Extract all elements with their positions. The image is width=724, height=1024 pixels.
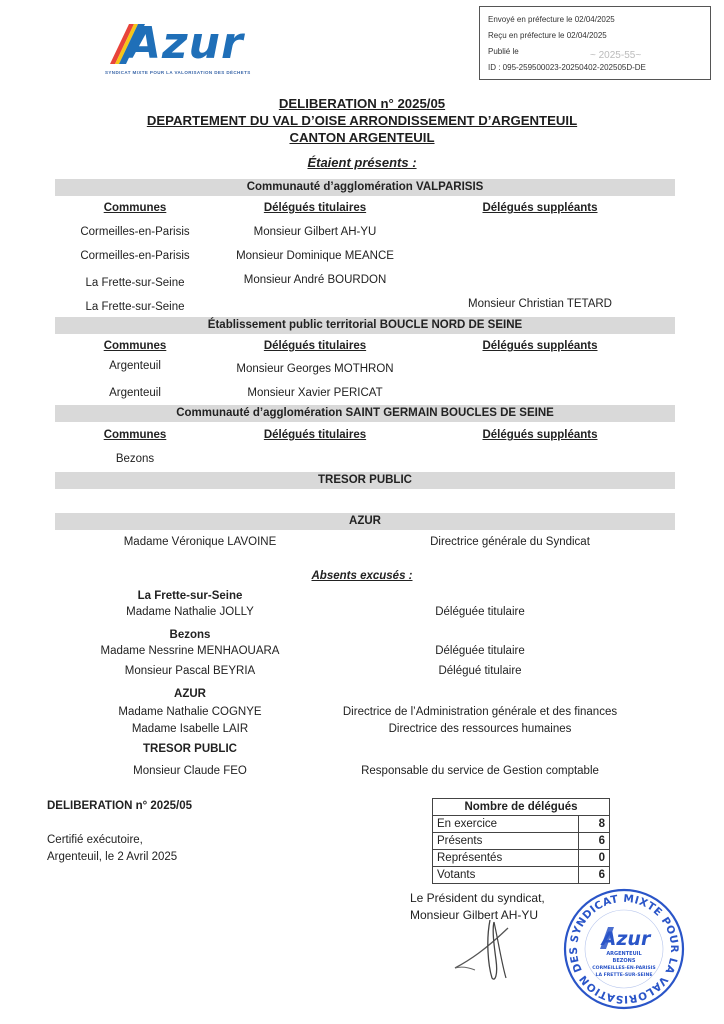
group-band-valparisis: Communauté d’agglomération VALPARISIS [55, 179, 675, 196]
col-suppleants: Délégués suppléants [430, 429, 650, 441]
signature-icon [450, 920, 530, 990]
commune-cell: Argenteuil [60, 360, 210, 372]
absent-name: Madame Isabelle LAIR [80, 723, 300, 735]
absent-section-heading: La Frette-sur-Seine [80, 590, 300, 602]
group-band-tresor-public: TRESOR PUBLIC [55, 472, 675, 489]
group-band-azur: AZUR [55, 513, 675, 530]
footer-deliberation: DELIBERATION n° 2025/05 [47, 800, 192, 812]
absent-name: Madame Nathalie JOLLY [80, 606, 300, 618]
titulaire-cell: Monsieur Gilbert AH-YU [215, 226, 415, 238]
group-band-saint-germain: Communauté d’agglomération SAINT GERMAIN… [55, 405, 675, 422]
titulaire-cell: Monsieur Xavier PERICAT [215, 387, 415, 399]
absent-name: Monsieur Pascal BEYRIA [80, 665, 300, 677]
col-titulaires: Délégués titulaires [215, 202, 415, 214]
absent-name: Madame Nathalie COGNYE [80, 706, 300, 718]
commune-cell: La Frette-sur-Seine [60, 301, 210, 313]
titulaire-cell: Monsieur Georges MOTHRON [215, 363, 415, 375]
staff-name: Madame Véronique LAVOINE [80, 536, 320, 548]
absent-role: Déléguée titulaire [320, 606, 640, 618]
delegates-count-table: Nombre de délégués En exercice 8 Présent… [432, 798, 610, 884]
table-row: Présents 6 [433, 833, 610, 850]
row-value: 0 [579, 850, 610, 867]
received-date: Reçu en préfecture le 02/04/2025 [488, 28, 702, 44]
svg-text:CORMEILLES-EN-PARISIS: CORMEILLES-EN-PARISIS [592, 965, 655, 971]
row-value: 6 [579, 867, 610, 884]
table-row: Votants 6 [433, 867, 610, 884]
col-suppleants: Délégués suppléants [430, 340, 650, 352]
absent-role: Déléguée titulaire [320, 645, 640, 657]
logo-wordmark: Azur [127, 18, 244, 69]
col-communes: Communes [60, 429, 210, 441]
col-communes: Communes [60, 340, 210, 352]
svg-text:LA FRETTE-SUR-SEINE: LA FRETTE-SUR-SEINE [596, 972, 653, 978]
row-label: Représentés [433, 850, 579, 867]
commune-cell: La Frette-sur-Seine [60, 277, 210, 289]
col-titulaires: Délégués titulaires [215, 429, 415, 441]
absent-section-heading: AZUR [80, 688, 300, 700]
commune-cell: Argenteuil [60, 387, 210, 399]
absent-name: Madame Nessrine MENHAOUARA [80, 645, 300, 657]
staff-role: Directrice générale du Syndicat [380, 536, 640, 548]
publication-stamp: ~ 2025-55~ [590, 50, 641, 61]
absent-role: Délégué titulaire [320, 665, 640, 677]
col-communes: Communes [60, 202, 210, 214]
group-band-boucle-nord: Établissement public territorial BOUCLE … [55, 317, 675, 334]
col-suppleants: Délégués suppléants [430, 202, 650, 214]
row-label: Présents [433, 833, 579, 850]
signatory-block: Le Président du syndicat, Monsieur Gilbe… [410, 890, 545, 924]
table-row: Représentés 0 [433, 850, 610, 867]
certified-text: Certifié exécutoire, [47, 832, 143, 849]
row-value: 6 [579, 833, 610, 850]
absent-role: Directrice des ressources humaines [320, 723, 640, 735]
absent-role: Responsable du service de Gestion compta… [320, 765, 640, 777]
deliberation-title: DELIBERATION n° 2025/05 [0, 96, 724, 111]
table-row: En exercice 8 [433, 816, 610, 833]
votes-table-title: Nombre de délégués [433, 799, 610, 816]
department-title: DEPARTEMENT DU VAL D’OISE ARRONDISSEMENT… [0, 113, 724, 128]
commune-cell: Cormeilles-en-Parisis [60, 226, 210, 238]
absent-heading: Absents excusés : [0, 570, 724, 582]
row-label: En exercice [433, 816, 579, 833]
logo-tagline: SYNDICAT MIXTE POUR LA VALORISATION DES … [105, 70, 251, 75]
absent-name: Monsieur Claude FEO [80, 765, 300, 777]
col-titulaires: Délégués titulaires [215, 340, 415, 352]
suppleant-cell: Monsieur Christian TETARD [430, 298, 650, 310]
canton-title: CANTON ARGENTEUIL [0, 130, 724, 145]
prefecture-stamp-box: Envoyé en préfecture le 02/04/2025 Reçu … [479, 6, 711, 80]
titulaire-cell: Monsieur André BOURDON [215, 274, 415, 286]
row-value: 8 [579, 816, 610, 833]
present-heading: Étaient présents : [0, 155, 724, 170]
svg-text:BEZONS: BEZONS [613, 958, 636, 964]
absent-section-heading: Bezons [80, 629, 300, 641]
titulaire-cell: Monsieur Dominique MEANCE [215, 250, 415, 262]
act-id: ID : 095-259500023-20250402-202505D-DE [488, 60, 702, 76]
absent-section-heading: TRESOR PUBLIC [80, 743, 300, 755]
commune-cell: Bezons [60, 453, 210, 465]
absent-role: Directrice de l’Administration générale … [320, 706, 640, 718]
sent-date: Envoyé en préfecture le 02/04/2025 [488, 12, 702, 28]
svg-text:ARGENTEUIL: ARGENTEUIL [606, 951, 642, 957]
row-label: Votants [433, 867, 579, 884]
place-date: Argenteuil, le 2 Avril 2025 [47, 849, 177, 866]
official-seal-icon: SYNDICAT MIXTE POUR LA VALORISATION DES … [562, 887, 686, 1011]
signatory-title: Le Président du syndicat, [410, 890, 545, 907]
commune-cell: Cormeilles-en-Parisis [60, 250, 210, 262]
azur-logo: Azur SYNDICAT MIXTE POUR LA VALORISATION… [105, 20, 265, 80]
